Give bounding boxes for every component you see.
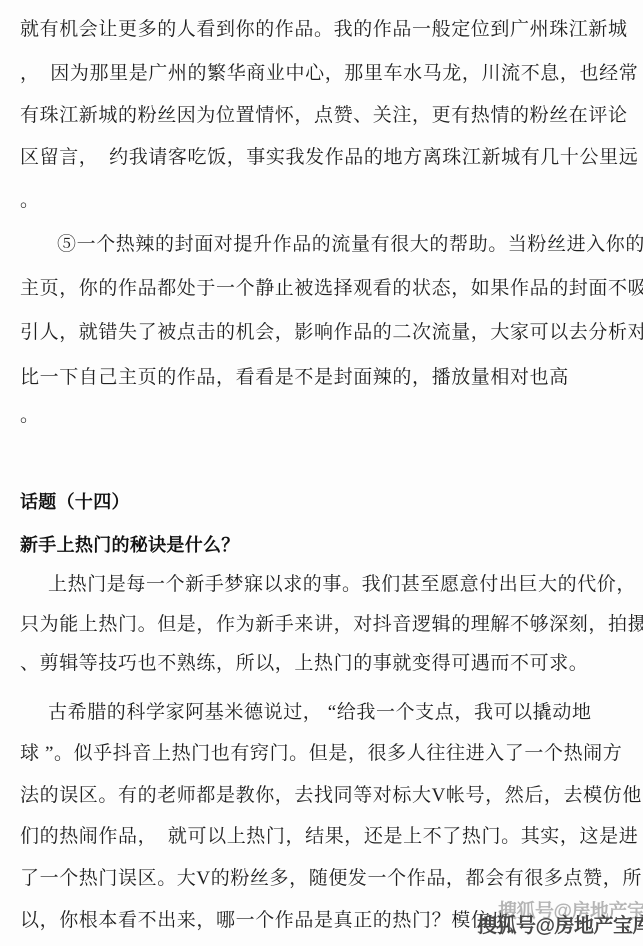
paragraph4-line-6: 以，你根本看不出来，哪一个作品是真正的热门？模仿也 (20, 910, 510, 932)
section-heading: 话题（十四） (20, 488, 130, 514)
section-subheading: 新手上热门的秘诀是什么？ (20, 531, 240, 557)
paragraph4-line-5: 了一个热门误区。大V的粉丝多，随便发一个作品，都会有很多点赞，所 (20, 868, 642, 890)
paragraph1-line-5: 。 (20, 190, 40, 212)
paragraph2-line-5: 。 (20, 405, 40, 427)
paragraph1-line-4: 区留言， 约我请客吃饭，事实我发作品的地方离珠江新城有几十公里远 (20, 147, 638, 169)
paragraph2-line-3: 引人，就错失了被点击的机会，影响作品的二次流量，大家可以去分析对 (20, 322, 643, 344)
paragraph2-line-4: 比一下自己主页的作品，看看是不是封面辣的，播放量相对也高 (20, 367, 569, 389)
paragraph4-line-2: 球 ”。似乎抖音上热门也有窍门。但是，很多人往往进入了一个热闹方 (20, 743, 622, 765)
paragraph2-line-2: 主页，你的作品都处于一个静止被选择观看的状态，如果作品的封面不吸 (20, 278, 643, 300)
paragraph1-line-2: ， 因为那里是广州的繁华商业中心，那里车水马龙，川流不息，也经常 (20, 63, 638, 85)
document-page: 就有机会让更多的人看到你的作品。我的作品一般定位到广州珠江新城 ， 因为那里是广… (0, 0, 643, 946)
paragraph3-line-3: 、剪辑等技巧也不熟练，所以，上热门的事就变得可遇而不可求。 (20, 653, 588, 675)
paragraph4-line-4: 们的热闹作品， 就可以上热门，结果，还是上不了热门。其实，这是进 (20, 826, 638, 848)
paragraph2-line-1: ⑤一个热辣的封面对提升作品的流量有很大的帮助。当粉丝进入你的 (57, 234, 643, 256)
paragraph1-line-1: 就有机会让更多的人看到你的作品。我的作品一般定位到广州珠江新城 (20, 19, 628, 41)
paragraph4-line-1: 古希腊的科学家阿基米德说过， “给我一个支点，我可以撬动地 (48, 702, 592, 724)
paragraph3-line-1: 上热门是每一个新手梦寐以求的事。我们甚至愿意付出巨大的代价， (48, 574, 636, 596)
paragraph3-line-2: 只为能上热门。但是，作为新手来讲，对抖音逻辑的理解不够深刻，拍摄 (20, 614, 643, 636)
paragraph4-line-3: 法的误区。有的老师都是教你，去找同等对标大V帐号，然后，去模仿他 (20, 785, 642, 807)
paragraph1-line-3: 有珠江新城的粉丝因为位置情怀，点赞、关注，更有热情的粉丝在评论 (20, 105, 628, 127)
watermark-text: 搜狐号@房地产宝库 (477, 909, 643, 938)
